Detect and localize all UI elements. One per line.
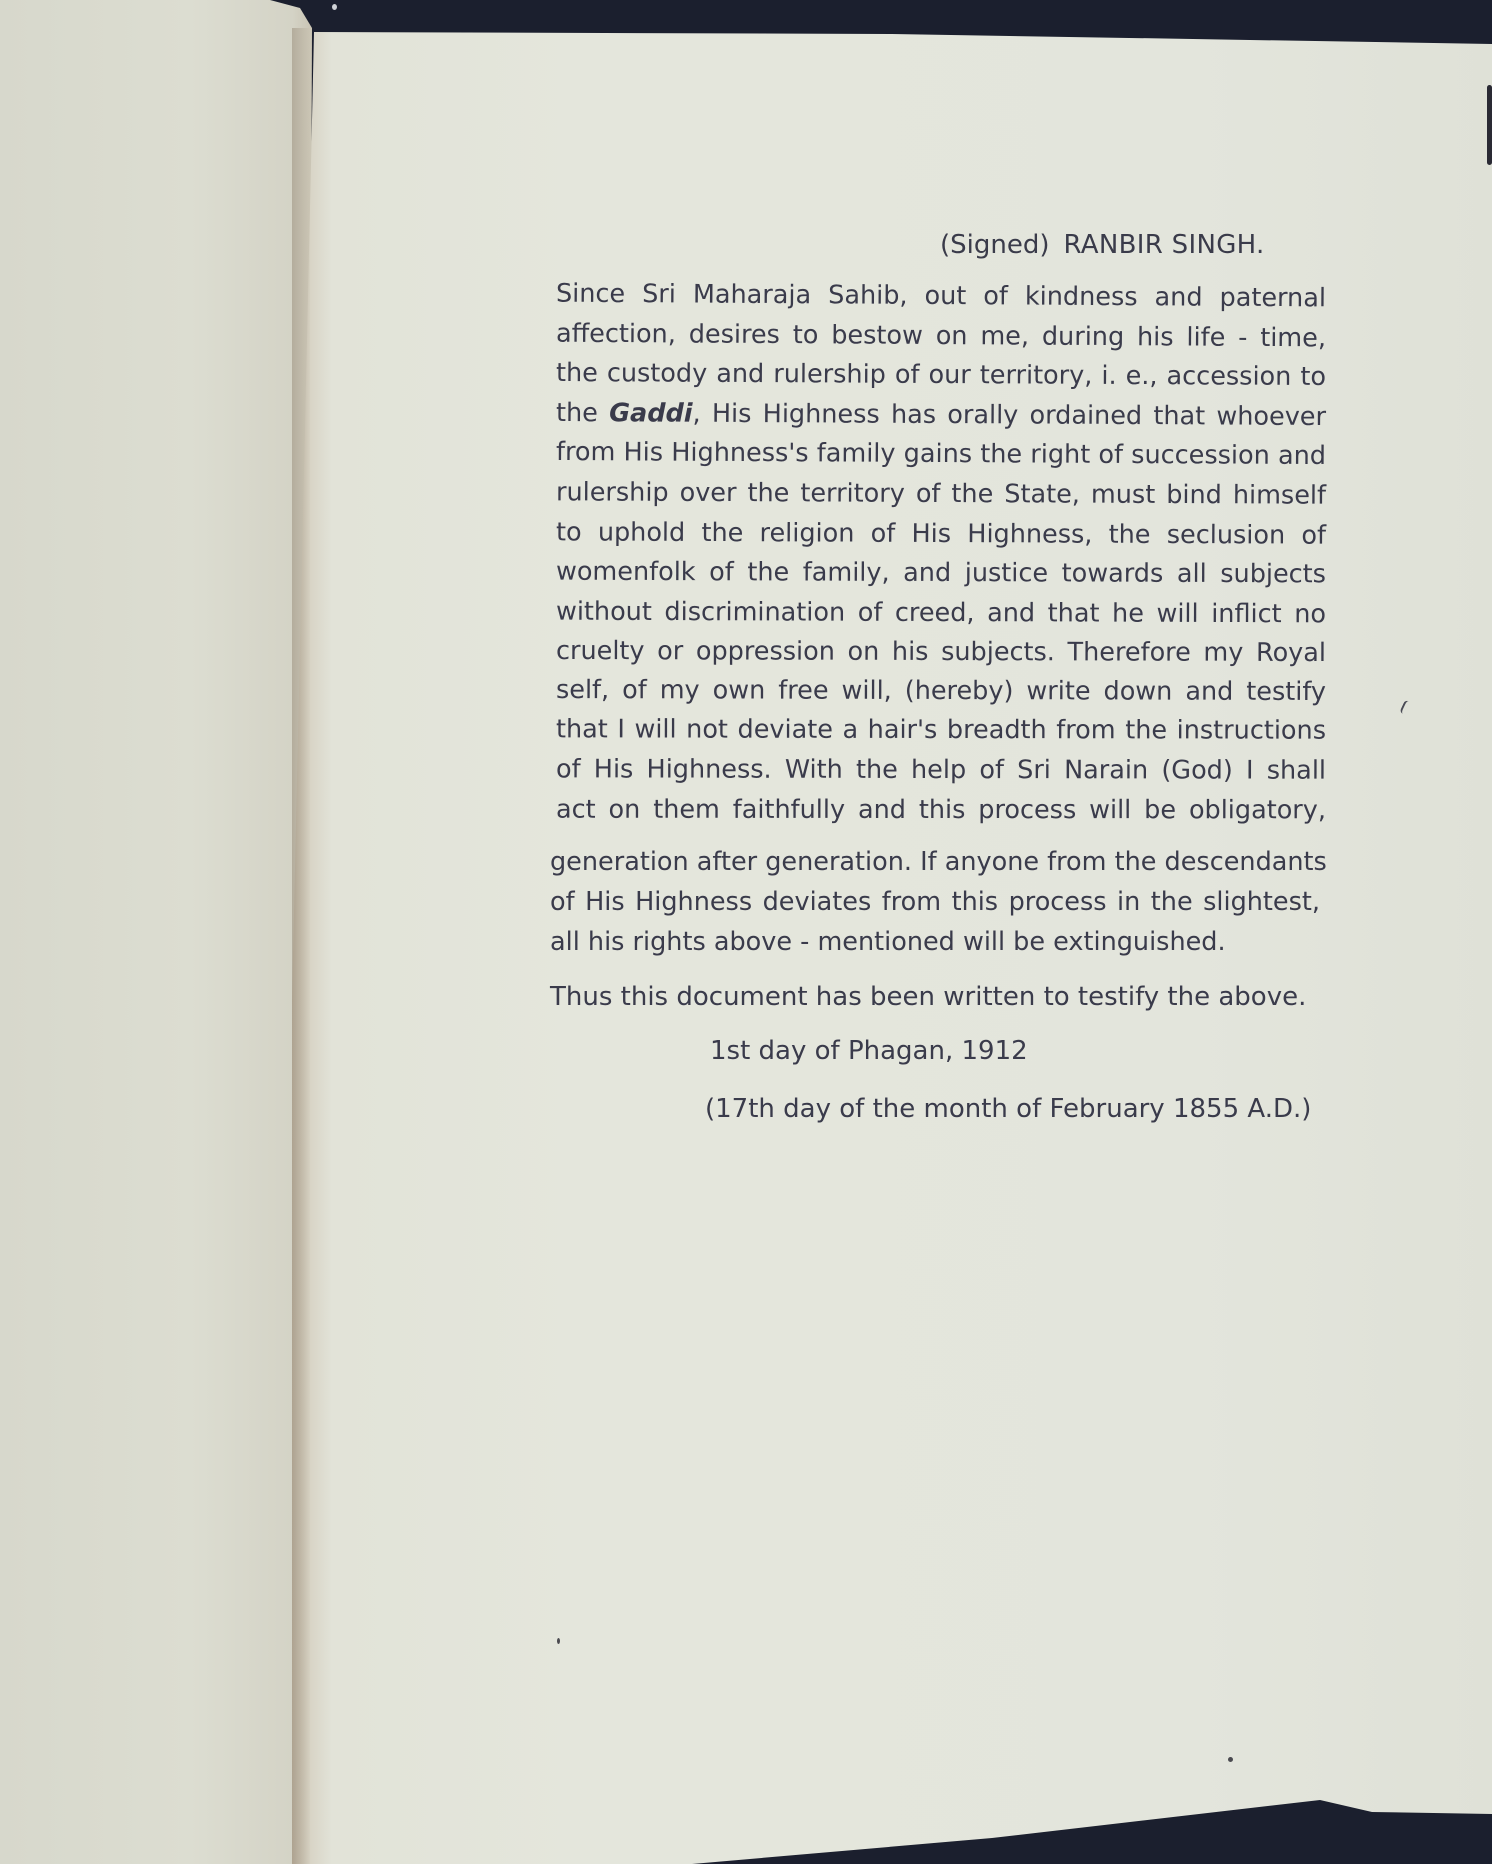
body-line-last: all his rights above - mentioned will be…: [550, 926, 1226, 958]
body-line: without discrimination of creed, and tha…: [556, 596, 1326, 631]
body-line: generation after generation. If anyone f…: [550, 846, 1320, 878]
paper-speck: [1228, 1757, 1233, 1762]
signature-line: (Signed)RANBIR SINGH.: [940, 230, 1265, 260]
signatory-name: RANBIR SINGH.: [1064, 230, 1265, 260]
body-line: from His Highness's family gains the rig…: [556, 436, 1326, 472]
body-line: womenfolk of the family, and justice tow…: [556, 556, 1326, 591]
body-line: the custody and rulership of our territo…: [556, 357, 1326, 393]
body-line: of His Highness deviates from this proce…: [550, 886, 1320, 918]
text-span: , His Highness has orally ordained that …: [692, 399, 1326, 432]
date-local: 1st day of Phagan, 1912: [710, 1036, 1028, 1066]
body-line: Since Sri Maharaja Sahib, out of kindnes…: [556, 278, 1326, 315]
body-line: act on them faithfully and this process …: [556, 794, 1326, 827]
body-line: the Gaddi, His Highness has orally ordai…: [556, 397, 1326, 433]
body-line: self, of my own free will, (hereby) writ…: [556, 674, 1326, 708]
body-line: cruelty or oppression on his subjects. T…: [556, 635, 1326, 669]
body-line: affection, desires to bestow on me, duri…: [556, 318, 1326, 355]
book-spine: [292, 28, 310, 1864]
dust-speck: [332, 4, 337, 10]
left-page-blank: [0, 0, 318, 1864]
body-line: rulership over the territory of the Stat…: [556, 476, 1326, 511]
paper-speck: [557, 1638, 560, 1644]
closing-statement: Thus this document has been written to t…: [550, 982, 1306, 1012]
body-line: that I will not deviate a hair's breadth…: [556, 713, 1326, 746]
date-gregorian: (17th day of the month of February 1855 …: [705, 1094, 1311, 1124]
gaddi-term: Gaddi: [609, 398, 693, 428]
signature-prefix: (Signed): [940, 230, 1050, 260]
page-edge-shadow: [1487, 85, 1492, 165]
text-span: the: [556, 398, 609, 428]
body-line: to uphold the religion of His Highness, …: [556, 516, 1326, 551]
body-line: of His Highness. With the help of Sri Na…: [556, 753, 1326, 786]
